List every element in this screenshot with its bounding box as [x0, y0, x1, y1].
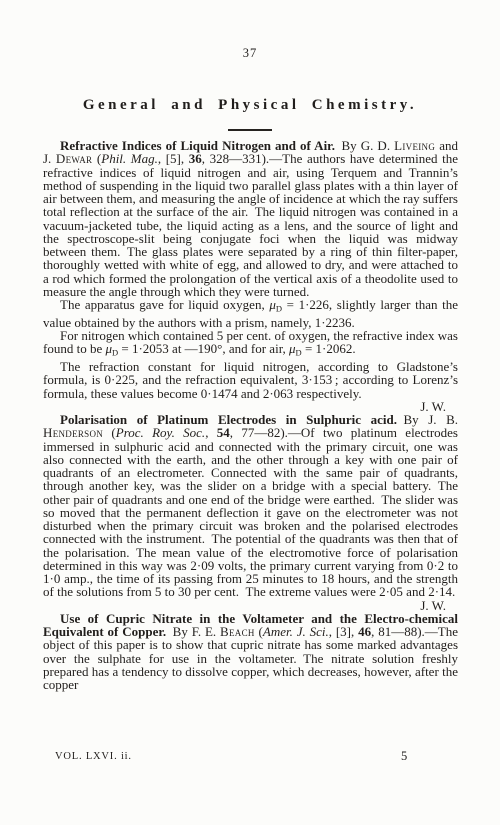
paragraph: Refractive Indices of Liquid Nitrogen an… [43, 139, 458, 298]
articles: Refractive Indices of Liquid Nitrogen an… [43, 139, 458, 691]
paragraph: Polarisation of Platinum Electrodes in S… [43, 413, 458, 599]
text-segment: = 1·2062. [302, 341, 356, 356]
article-1: Polarisation of Platinum Electrodes in S… [43, 413, 458, 612]
text-segment: , 328—331).—The authors have determined … [43, 151, 458, 299]
paragraph: The apparatus gave for liquid oxygen, μD… [43, 298, 458, 329]
text-segment: The apparatus gave for liquid oxygen, [60, 297, 269, 312]
page-number: 37 [0, 46, 500, 61]
attribution: J. W. [43, 400, 458, 413]
paragraph: For nitrogen which contained 5 per cent.… [43, 329, 458, 360]
journal-page: 37 General and Physical Chemistry. Refra… [0, 0, 500, 825]
attribution: J. W. [43, 599, 458, 612]
paragraph: The refraction constant for liquid nitro… [43, 360, 458, 400]
article-0: Refractive Indices of Liquid Nitrogen an… [43, 139, 458, 413]
section-divider [228, 129, 272, 131]
section-title: General and Physical Chemistry. [0, 97, 500, 114]
text-segment: , 77—82).—Of two platinum electrodes imm… [43, 425, 458, 599]
text-segment: = 1·2053 at —190°, and for air, [118, 341, 289, 356]
article-2: Use of Cupric Nitrate in the Voltameter … [43, 612, 458, 692]
text-segment: The refraction constant for liquid nitro… [43, 359, 458, 401]
paragraph: Use of Cupric Nitrate in the Voltameter … [43, 612, 458, 692]
footer-volume: VOL. LXVI. ii. [55, 751, 132, 762]
footer-signature: 5 [401, 749, 407, 764]
